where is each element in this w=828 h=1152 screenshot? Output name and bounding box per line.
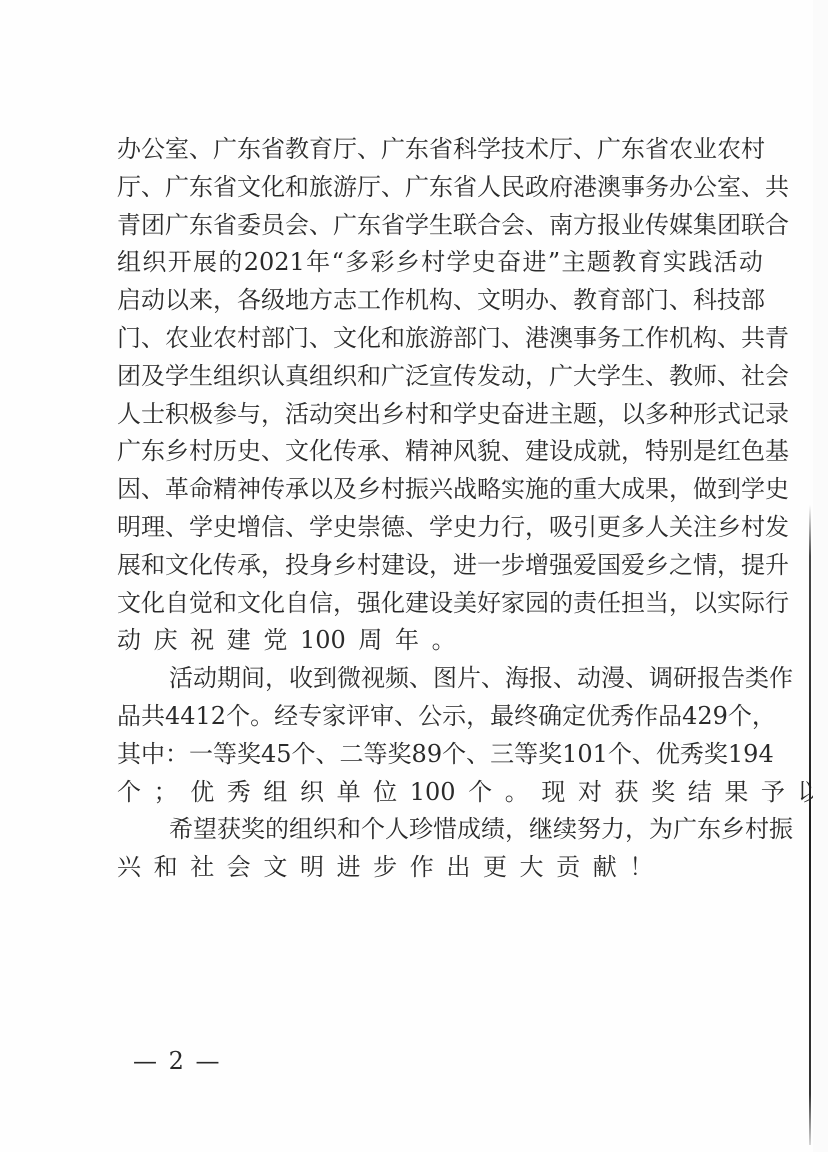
text-line: 希望获奖的组织和个人珍惜成绩，继续努力，为广东乡村振 [117, 811, 763, 849]
text-line: 活动期间，收到微视频、图片、海报、动漫、调研报告类作 [117, 660, 763, 698]
text-line: 青团广东省委员会、广东省学生联合会、南方报业传媒集团联合 [117, 207, 763, 245]
text-line: 明理、学史增信、学史崇德、学史力行，吸引更多人关注乡村发 [117, 509, 763, 547]
text-line: 团及学生组织认真组织和广泛宣传发动，广大学生、教师、社会 [117, 358, 763, 396]
text-line: 广东乡村历史、文化传承、精神风貌、建设成就，特别是红色基 [117, 433, 763, 471]
text-line: 个；优秀组织单位100个。现对获奖结果予以通报。 [117, 774, 763, 812]
text-line: 办公室、广东省教育厅、广东省科学技术厅、广东省农业农村 [117, 131, 763, 169]
text-line: 人士积极参与，活动突出乡村和学史奋进主题，以多种形式记录 [117, 396, 763, 434]
text-line: 门、农业农村部门、文化和旅游部门、港澳事务工作机构、共青 [117, 320, 763, 358]
text-line: 组织开展的2021年“多彩乡村学史奋进”主题教育实践活动 [117, 244, 763, 282]
text-line: 其中：一等奖45个、二等奖89个、三等奖101个、优秀奖194 [117, 736, 763, 774]
paragraph-1: 办公室、广东省教育厅、广东省科学技术厅、广东省农业农村 厅、广东省文化和旅游厅、… [117, 131, 763, 660]
paragraph-2: 活动期间，收到微视频、图片、海报、动漫、调研报告类作 品共4412个。经专家评审… [117, 660, 763, 811]
text-line: 厅、广东省文化和旅游厅、广东省人民政府港澳事务办公室、共 [117, 169, 763, 207]
text-line: 动庆祝建党100周年。 [117, 622, 763, 660]
text-line: 因、革命精神传承以及乡村振兴战略实施的重大成果，做到学史 [117, 471, 763, 509]
text-line: 品共4412个。经专家评审、公示，最终确定优秀作品429个， [117, 698, 763, 736]
text-line: 展和文化传承，投身乡村建设，进一步增强爱国爱乡之情，提升 [117, 547, 763, 585]
text-line: 启动以来，各级地方志工作机构、文明办、教育部门、科技部 [117, 282, 763, 320]
document-page: 办公室、广东省教育厅、广东省科学技术厅、广东省农业农村 厅、广东省文化和旅游厅、… [0, 0, 828, 1152]
scan-edge [813, 0, 828, 1152]
scan-artifact-line [809, 505, 811, 1145]
paragraph-3: 希望获奖的组织和个人珍惜成绩，继续努力，为广东乡村振 兴和社会文明进步作出更大贡… [117, 811, 763, 887]
page-number: — 2 — [133, 1046, 222, 1076]
document-body: 办公室、广东省教育厅、广东省科学技术厅、广东省农业农村 厅、广东省文化和旅游厅、… [117, 131, 763, 887]
text-line: 文化自觉和文化自信，强化建设美好家园的责任担当，以实际行 [117, 585, 763, 623]
text-line: 兴和社会文明进步作出更大贡献！ [117, 849, 763, 887]
